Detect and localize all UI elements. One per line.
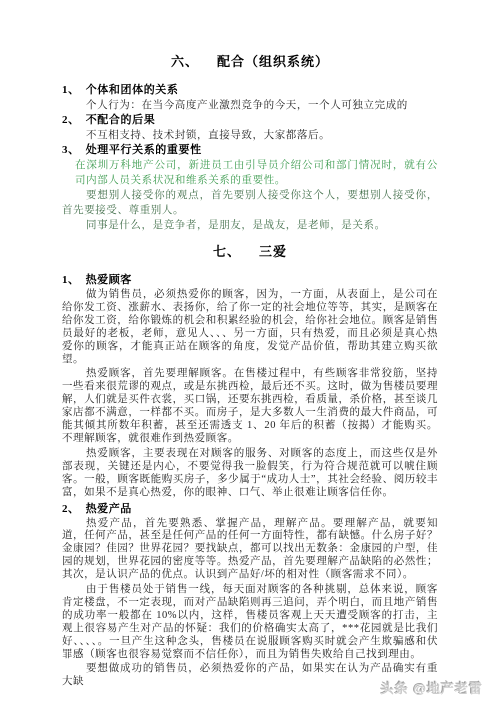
paragraph-love-customers-3: 热爱顾客，主要表现在对顾客的服务、对顾客的态度上，而这些仅是外部表现，关键还是内…	[62, 448, 438, 500]
item-heading-love-product: 2、热爱产品	[62, 502, 438, 517]
item-title: 热爱顾客	[86, 274, 132, 286]
item-heading-parallel-relations: 3、处理平行关系的重要性	[62, 143, 438, 158]
item-heading-relationship: 1、个体和团体的关系	[62, 83, 438, 98]
item-number: 1、	[62, 84, 80, 96]
section6-heading: 六、配合（组织系统）	[62, 54, 438, 70]
item-title: 处理平行关系的重要性	[86, 144, 202, 156]
document-page: 六、配合（组织系统） 1、个体和团体的关系 个人行为：在当今高度产业激烈竞争的今…	[0, 0, 500, 707]
item-number: 1、	[62, 274, 80, 286]
paragraph-love-product-2: 由于售楼员处于销售一线，每天面对顾客的各种挑剔，总体来说，顾客肯定楼盘，不一定表…	[62, 584, 438, 661]
section7-body: 1、热爱顾客 做为销售员，必须热爱你的顾客，因为，一方面，从表面上，是公司在给你…	[62, 273, 438, 689]
section6-title: 配合（组织系统）	[217, 54, 329, 69]
paragraph-love-customers-2: 热爱顾客，首先要理解顾客。在售楼过程中，有些顾客非常狡筋，坚持一些看来很荒谬的观…	[62, 368, 438, 445]
item-number: 2、	[62, 503, 80, 515]
item-body-relationship: 个人行为：在当今高度产业激烈竞争的今天，一个人可独立完成的	[62, 98, 438, 113]
item-title: 热爱产品	[86, 503, 132, 515]
paragraph-vanke-example: 在深圳万科地产公司，新进员工由引导员介绍公司和部门情况时，就有公司内部人员关系状…	[62, 158, 438, 188]
item-title: 个体和团体的关系	[86, 84, 179, 96]
item-body-consequence: 不互相支持、技术封锁，直接导致，大家都落后。	[62, 128, 438, 143]
section7-title: 三爱	[259, 244, 287, 259]
paragraph-love-customers-1: 做为销售员，必须热爱你的顾客，因为，一方面，从表面上，是公司在给你发工资、涨薪水…	[62, 289, 438, 366]
section6-number: 六、	[171, 54, 199, 69]
section7-heading: 七、三爱	[62, 244, 438, 260]
watermark: 头条 @地产老雷	[381, 678, 483, 697]
item-title: 不配合的后果	[86, 114, 156, 126]
item-number: 2、	[62, 114, 80, 126]
paragraph-acceptance: 要想别人接受你的观点，首先要别人接受你这个人，要想别人接受你，首先要接受、尊重别…	[62, 188, 438, 218]
paragraph-colleague: 同事是什么，是竞争者，是朋友，是战友，是老师，是关系。	[62, 218, 438, 233]
item-heading-consequence: 2、不配合的后果	[62, 113, 438, 128]
paragraph-love-product-1: 热爱产品，首先要熟悉、掌握产品，理解产品。要理解产品，就要知道，任何产品，甚至是…	[62, 518, 438, 583]
section7-number: 七、	[213, 244, 241, 259]
item-number: 3、	[62, 144, 80, 156]
section6-body: 1、个体和团体的关系 个人行为：在当今高度产业激烈竞争的今天，一个人可独立完成的…	[62, 83, 438, 233]
item-heading-love-customers: 1、热爱顾客	[62, 273, 438, 288]
